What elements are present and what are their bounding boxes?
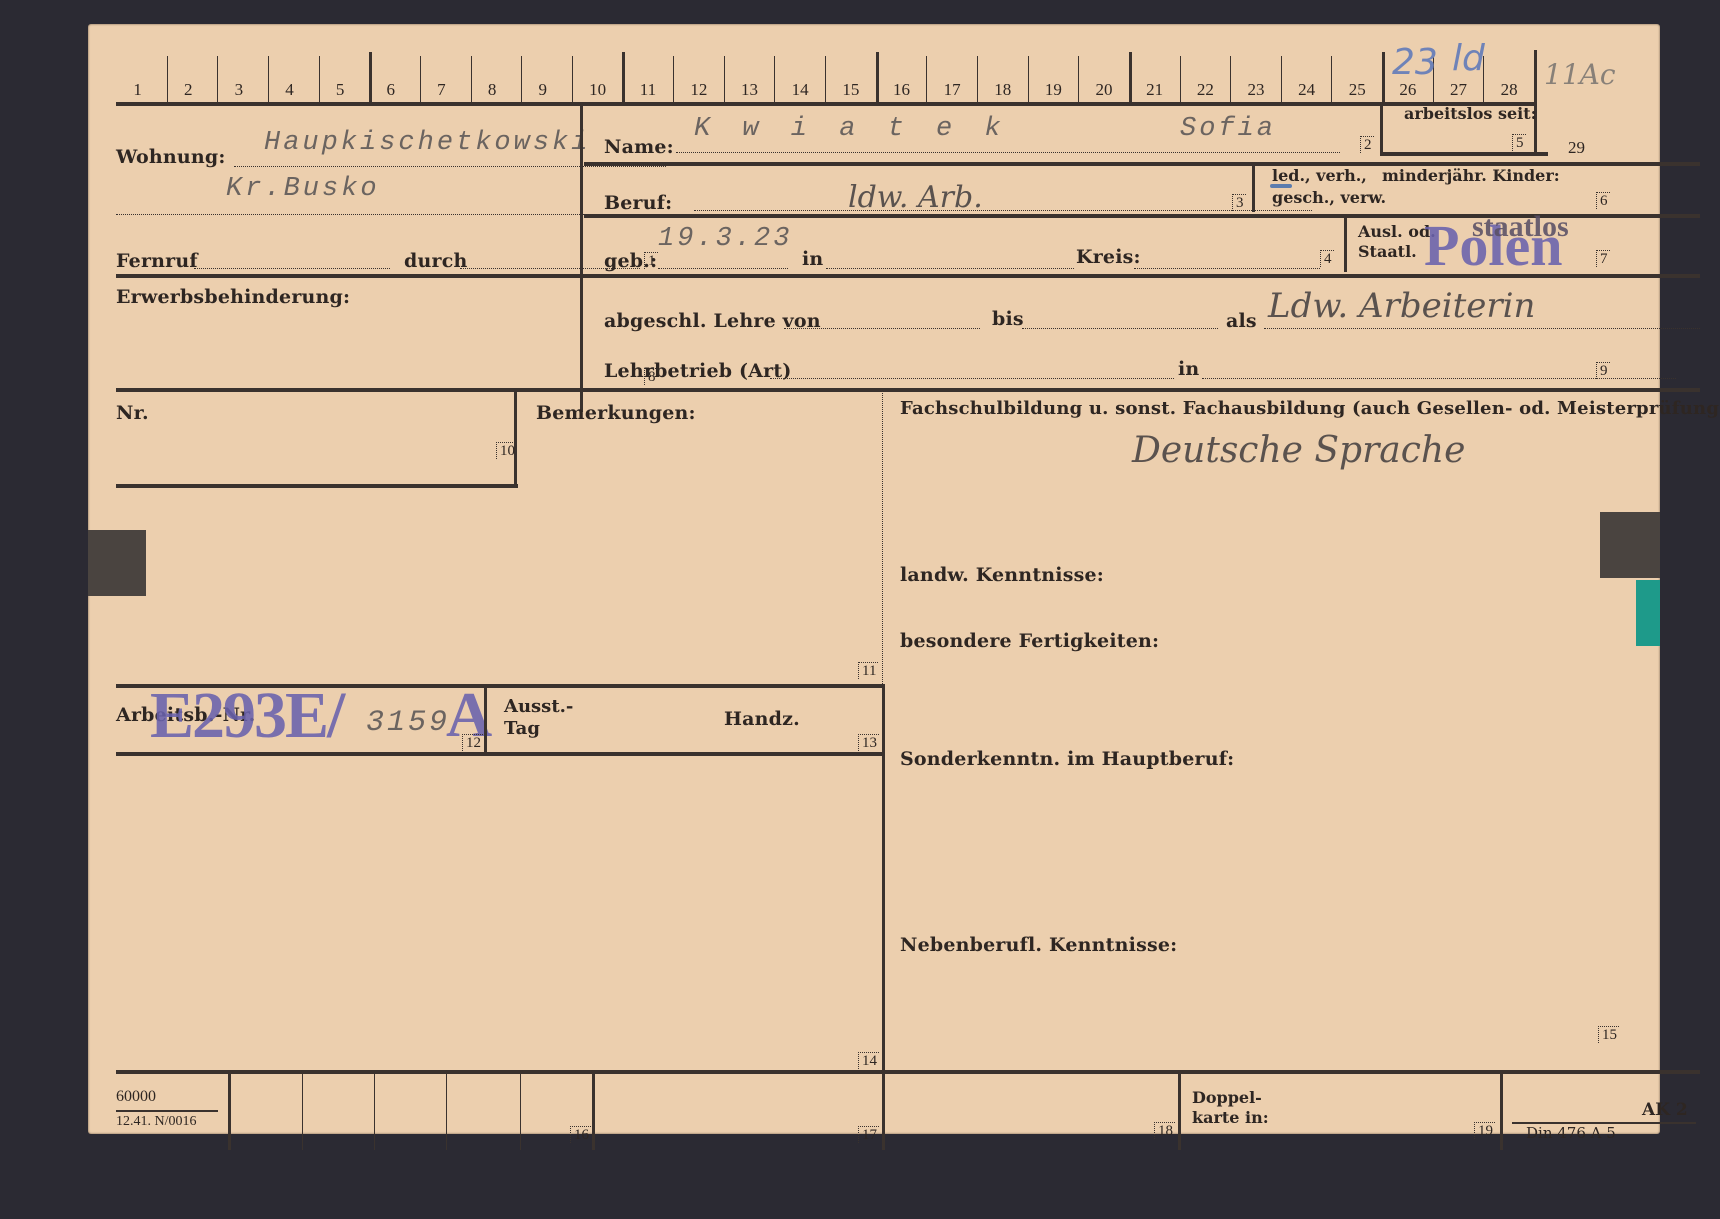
field-number-12: 12 [462, 734, 483, 751]
ruler-number: 21 [1146, 80, 1163, 100]
fernruf-line[interactable] [194, 268, 390, 269]
ruler-tick [876, 52, 879, 102]
ruler-number: 23 [1247, 80, 1264, 100]
rule-geb [116, 274, 1700, 278]
ruler-number: 10 [589, 80, 606, 100]
bemerkungen-label: Bemerkungen: [536, 402, 696, 424]
ruler-number: 25 [1349, 80, 1366, 100]
field-number-2: 2 [1360, 136, 1374, 153]
beruf-label: Beruf: [604, 192, 672, 214]
ruler-number: 20 [1096, 80, 1113, 100]
bottom-divider-b [592, 1074, 595, 1150]
ruler-number: 3 [235, 80, 244, 100]
bottom-divider-d [1178, 1074, 1181, 1150]
name-line [676, 152, 1340, 153]
als-value[interactable]: Ldw. Arbeiterin [1268, 286, 1535, 326]
din-ref: Din 476 A 5 [1526, 1124, 1616, 1142]
ruler-number: 4 [285, 80, 294, 100]
field-number-18: 18 [1154, 1122, 1175, 1139]
geb-value[interactable]: 19.3.23 [658, 224, 792, 254]
print-run: 60000 [116, 1088, 156, 1106]
registration-card: 1234567891011121314151617181920212223242… [88, 24, 1660, 1134]
ruler-tick [724, 56, 725, 102]
kreis-label: Kreis: [1076, 246, 1141, 268]
field-number-4: 4 [1320, 250, 1334, 267]
lehrbetrieb-line[interactable] [770, 378, 1174, 379]
fernruf-label: Fernruf [116, 250, 198, 272]
in-line[interactable] [826, 268, 1074, 269]
ruler-tick [1078, 56, 1079, 102]
als-label: als [1226, 310, 1257, 332]
ruler-tick [420, 56, 421, 102]
minderj-label: minderjähr. Kinder: [1382, 166, 1560, 185]
divider-top-left [580, 102, 583, 412]
ruler-tick [217, 56, 218, 102]
wohnung-line-1 [234, 166, 666, 167]
ruler-tick [167, 56, 168, 102]
ruler-tick [521, 56, 522, 102]
field-number-3: 3 [1232, 194, 1246, 211]
field-number-13: 13 [858, 734, 879, 751]
family-status-2[interactable]: gesch., verw. [1272, 188, 1386, 207]
rule-col29 [1380, 152, 1548, 156]
pencil-annotation-ld: ld [1452, 38, 1485, 79]
ruler-number: 1 [133, 80, 142, 100]
divider-arbeitslos [1380, 102, 1383, 152]
bottom-divider-c [882, 1074, 885, 1150]
rule-nr [116, 484, 518, 488]
als-line [1264, 328, 1700, 329]
ruler-tick [926, 56, 927, 102]
bottom-tick-2 [374, 1074, 375, 1150]
nr-label: Nr. [116, 402, 149, 424]
doppel-label-1: Doppel- [1192, 1088, 1262, 1107]
field-number-7: 7 [1596, 250, 1610, 267]
ruler-tick [319, 56, 320, 102]
ruler-baseline [116, 102, 1536, 106]
field-number-5: 5 [1512, 134, 1526, 151]
ruler-number: 26 [1399, 80, 1416, 100]
kreis-line[interactable] [1134, 268, 1320, 269]
besondere-label: besondere Fertigkeiten: [900, 630, 1159, 652]
ruler-number: 24 [1298, 80, 1315, 100]
divider-ausl [1344, 218, 1347, 272]
name-given[interactable]: Sofia [1180, 114, 1276, 144]
ruler-tick [825, 56, 826, 102]
rule-lehrbetrieb [116, 388, 1700, 392]
ruler-number: 15 [842, 80, 859, 100]
lehrbetrieb-in-label: in [1178, 358, 1199, 380]
ruler-tick [1180, 56, 1181, 102]
family-status-mark [1270, 184, 1292, 188]
ruler-number: 14 [792, 80, 809, 100]
right-index-tab [1600, 512, 1660, 578]
ruler-tick [1028, 56, 1029, 102]
ruler-tick [369, 52, 372, 102]
fachschul-label: Fachschulbildung u. sonst. Fachausbildun… [900, 398, 1720, 419]
ruler-number: 17 [944, 80, 961, 100]
bottom-tick-4 [520, 1074, 521, 1150]
doppel-label-2: karte in: [1192, 1108, 1269, 1127]
field-number-10: 10 [496, 442, 517, 459]
field-number-16: 16 [570, 1126, 591, 1143]
ruler-tick [572, 56, 573, 102]
bis-label: bis [992, 308, 1024, 330]
handz-label: Handz. [724, 708, 800, 730]
name-label: Name: [604, 136, 674, 158]
field-number-9: 9 [1596, 362, 1610, 379]
field-number-14: 14 [858, 1052, 879, 1069]
neben-label: Nebenberufl. Kenntnisse: [900, 934, 1177, 956]
bottom-tick-1 [302, 1074, 303, 1150]
ruler-tick [268, 56, 269, 102]
landw-label: landw. Kenntnisse: [900, 564, 1104, 586]
geb-label: geb.: [604, 250, 657, 272]
ruler-tick [1382, 52, 1385, 102]
bottom-tick-3 [446, 1074, 447, 1150]
field-number-15: 15 [1598, 1026, 1619, 1043]
field-number-11: 11 [858, 662, 878, 679]
divider-col29 [1534, 50, 1537, 152]
ruler-number: 27 [1450, 80, 1467, 100]
print-code: 12.41. N/0016 [116, 1114, 197, 1130]
family-status-1[interactable]: led., verh., [1272, 166, 1367, 185]
ruler-tick [673, 56, 674, 102]
lehre-von-line[interactable] [784, 328, 980, 329]
beruf-line [694, 210, 1312, 211]
ruler-number: 18 [994, 80, 1011, 100]
ruler-number: 13 [741, 80, 758, 100]
ruler-tick [977, 56, 978, 102]
corner-annotation: 11Ac [1544, 58, 1616, 91]
print-run-rule [116, 1110, 218, 1112]
arbeitsb-typed[interactable]: 3159 [366, 706, 450, 740]
field-number-17: 17 [858, 1126, 879, 1143]
field-number-19: 19 [1474, 1122, 1495, 1139]
ruler-tick [1331, 56, 1332, 102]
divider-ausst [484, 686, 487, 754]
lehre-bis-line[interactable] [1022, 328, 1218, 329]
in-label: in [802, 248, 823, 270]
ruler-tick [1281, 56, 1282, 102]
stamp-arbeitsb: E293E/ [150, 678, 343, 754]
ruler-tick [471, 56, 472, 102]
left-index-tab [88, 530, 146, 596]
ruler-number: 22 [1197, 80, 1214, 100]
ruler-tick [774, 56, 775, 102]
rule-arbeitsb-bottom [116, 752, 884, 756]
wohnung-value-1[interactable]: Haupkischetkowski [264, 128, 590, 158]
ruler-number: 11 [640, 80, 656, 100]
ausst-label-2: Tag [504, 718, 540, 739]
field-number-6: 6 [1596, 192, 1610, 209]
ausl-label-2: Staatl. [1358, 242, 1417, 261]
erwerbs-label: Erwerbsbehinderung: [116, 286, 350, 308]
geb-line [658, 268, 788, 269]
form-id: AK 2 [1642, 1100, 1688, 1120]
bottom-divider-e [1500, 1074, 1503, 1150]
rule-bottom [116, 1070, 1700, 1074]
teal-marker-tab [1636, 580, 1660, 646]
ruler-number: 8 [488, 80, 497, 100]
ruler-tick [1230, 56, 1231, 102]
divider-beruf [1252, 162, 1255, 212]
ruler-number: 28 [1501, 80, 1518, 100]
ausst-label-1: Ausst.- [504, 696, 573, 717]
bottom-divider-a [228, 1074, 231, 1150]
sonder-label: Sonderkenntn. im Hauptberuf: [900, 748, 1234, 770]
ruler-number: 16 [893, 80, 910, 100]
ruler-number: 12 [690, 80, 707, 100]
ruler-number: 6 [387, 80, 396, 100]
divider-lower-mid [882, 684, 885, 1070]
wohnung-label: Wohnung: [116, 146, 226, 168]
arbeitslos-label: arbeitslos seit: [1404, 104, 1537, 123]
pencil-annotation-23: 23 [1392, 42, 1438, 83]
ruler-number: 5 [336, 80, 345, 100]
ruler-tick [1129, 52, 1132, 102]
divider-nr [514, 390, 517, 484]
fachschul-value[interactable]: Deutsche Sprache [1132, 430, 1465, 471]
ruler-number: 7 [437, 80, 446, 100]
ruler-number: 19 [1045, 80, 1062, 100]
ruler-number: 9 [538, 80, 547, 100]
stamp-staatlos: staatlos [1472, 210, 1569, 244]
ruler-tick [622, 52, 625, 102]
ruler-number: 2 [184, 80, 193, 100]
wohnung-value-2[interactable]: Kr.Busko [226, 174, 380, 204]
name-surname[interactable]: K w i a t e k [694, 114, 1009, 144]
durch-label: durch [404, 250, 468, 272]
col29-number: 29 [1568, 138, 1585, 158]
lehrbetrieb-label: Lehrbetrieb (Art) [604, 360, 792, 382]
